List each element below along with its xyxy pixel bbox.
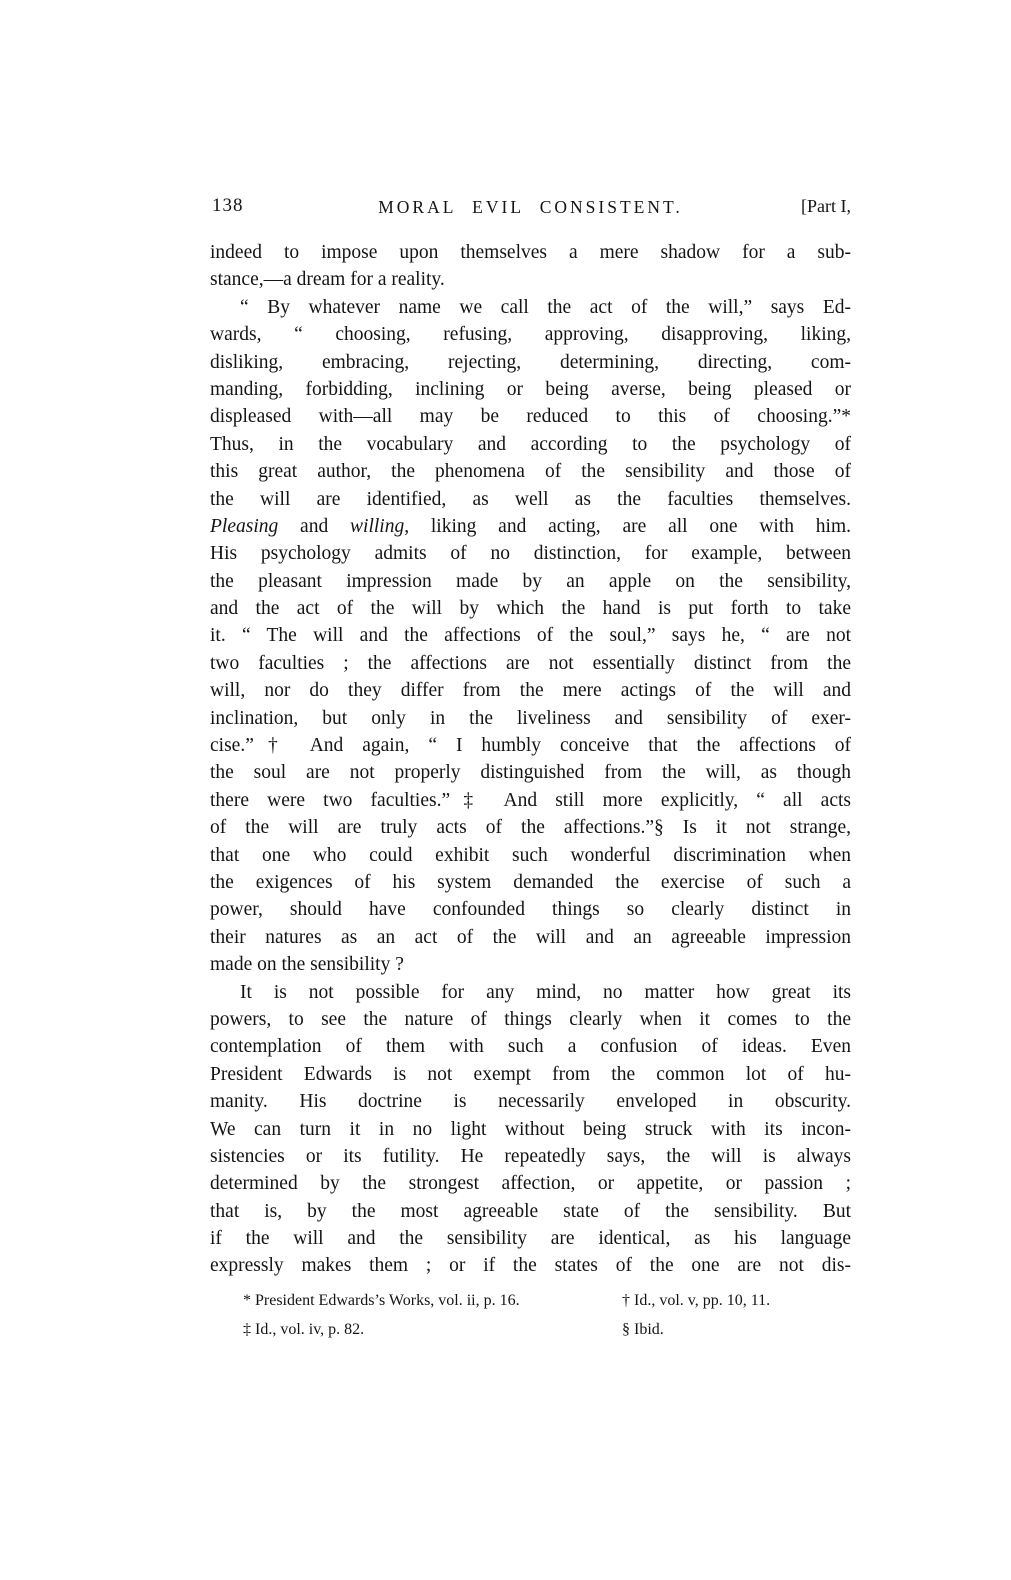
text-line: stance,—a dream for a reality. [210, 266, 851, 293]
text-line: power, should have confounded things so … [210, 896, 851, 923]
text-line: will, nor do they differ from the mere a… [210, 677, 851, 704]
text-line: expressly makes them ; or if the states … [210, 1252, 851, 1279]
text-line: Pleasing and willing, liking and acting,… [210, 513, 851, 540]
footnote-line: * President Edwards’s Works, vol. ii, p.… [243, 1287, 520, 1316]
text-line: and the act of the will by which the han… [210, 595, 851, 622]
text-line: the will are identified, as well as the … [210, 486, 851, 513]
text-line: President Edwards is not exempt from the… [210, 1061, 851, 1088]
text-line: the soul are not properly distinguished … [210, 759, 851, 786]
text-line: made on the sensibility ? [210, 951, 851, 978]
text-line: “ By whatever name we call the act of th… [210, 294, 851, 321]
text-line: manding, forbidding, inclining or being … [210, 376, 851, 403]
footnote-line: † Id., vol. v, pp. 10, 11. [622, 1287, 770, 1316]
text-line: two faculties ; the affections are not e… [210, 650, 851, 677]
text-line: there were two faculties.”‡ And still mo… [210, 787, 851, 814]
footnote-column-right: † Id., vol. v, pp. 10, 11.§ Ibid. [622, 1287, 770, 1344]
text-line: It is not possible for any mind, no matt… [210, 979, 851, 1006]
text-line: manity. His doctrine is necessarily enve… [210, 1088, 851, 1115]
text-line: inclination, but only in the liveliness … [210, 705, 851, 732]
page-header: 138 MORAL EVIL CONSISTENT. [Part I, [210, 195, 851, 221]
text-line: of the will are truly acts of the affect… [210, 814, 851, 841]
page-body: indeed to impose upon themselves a mere … [210, 239, 851, 1280]
text-line: their natures as an act of the will and … [210, 924, 851, 951]
text-line: indeed to impose upon themselves a mere … [210, 239, 851, 266]
footnote-column-left: * President Edwards’s Works, vol. ii, p.… [243, 1287, 520, 1344]
text-line: wards, “ choosing, refusing, approving, … [210, 321, 851, 348]
text-line: We can turn it in no light without being… [210, 1116, 851, 1143]
text-line: powers, to see the nature of things clea… [210, 1006, 851, 1033]
part-label: [Part I, [801, 196, 851, 217]
text-line: displeased with—all may be reduced to th… [210, 403, 851, 430]
text-line: the pleasant impression made by an apple… [210, 568, 851, 595]
footnote-line: § Ibid. [622, 1316, 770, 1345]
book-page: 138 MORAL EVIL CONSISTENT. [Part I, inde… [0, 0, 1011, 1580]
text-line: cise.”† And again, “ I humbly conceive t… [210, 732, 851, 759]
footnote-line: ‡ Id., vol. iv, p. 82. [243, 1316, 520, 1345]
text-line: this great author, the phenomena of the … [210, 458, 851, 485]
text-line: Thus, in the vocabulary and according to… [210, 431, 851, 458]
text-line: disliking, embracing, rejecting, determi… [210, 349, 851, 376]
text-line: it. “ The will and the affections of the… [210, 622, 851, 649]
running-title: MORAL EVIL CONSISTENT. [210, 197, 851, 218]
text-line: if the will and the sensibility are iden… [210, 1225, 851, 1252]
text-line: sistencies or its futility. He repeatedl… [210, 1143, 851, 1170]
text-line: that is, by the most agreeable state of … [210, 1198, 851, 1225]
text-line: His psychology admits of no distinction,… [210, 540, 851, 567]
text-line: the exigences of his system demanded the… [210, 869, 851, 896]
text-line: determined by the strongest affection, o… [210, 1170, 851, 1197]
text-line: contemplation of them with such a confus… [210, 1033, 851, 1060]
text-line: that one who could exhibit such wonderfu… [210, 842, 851, 869]
